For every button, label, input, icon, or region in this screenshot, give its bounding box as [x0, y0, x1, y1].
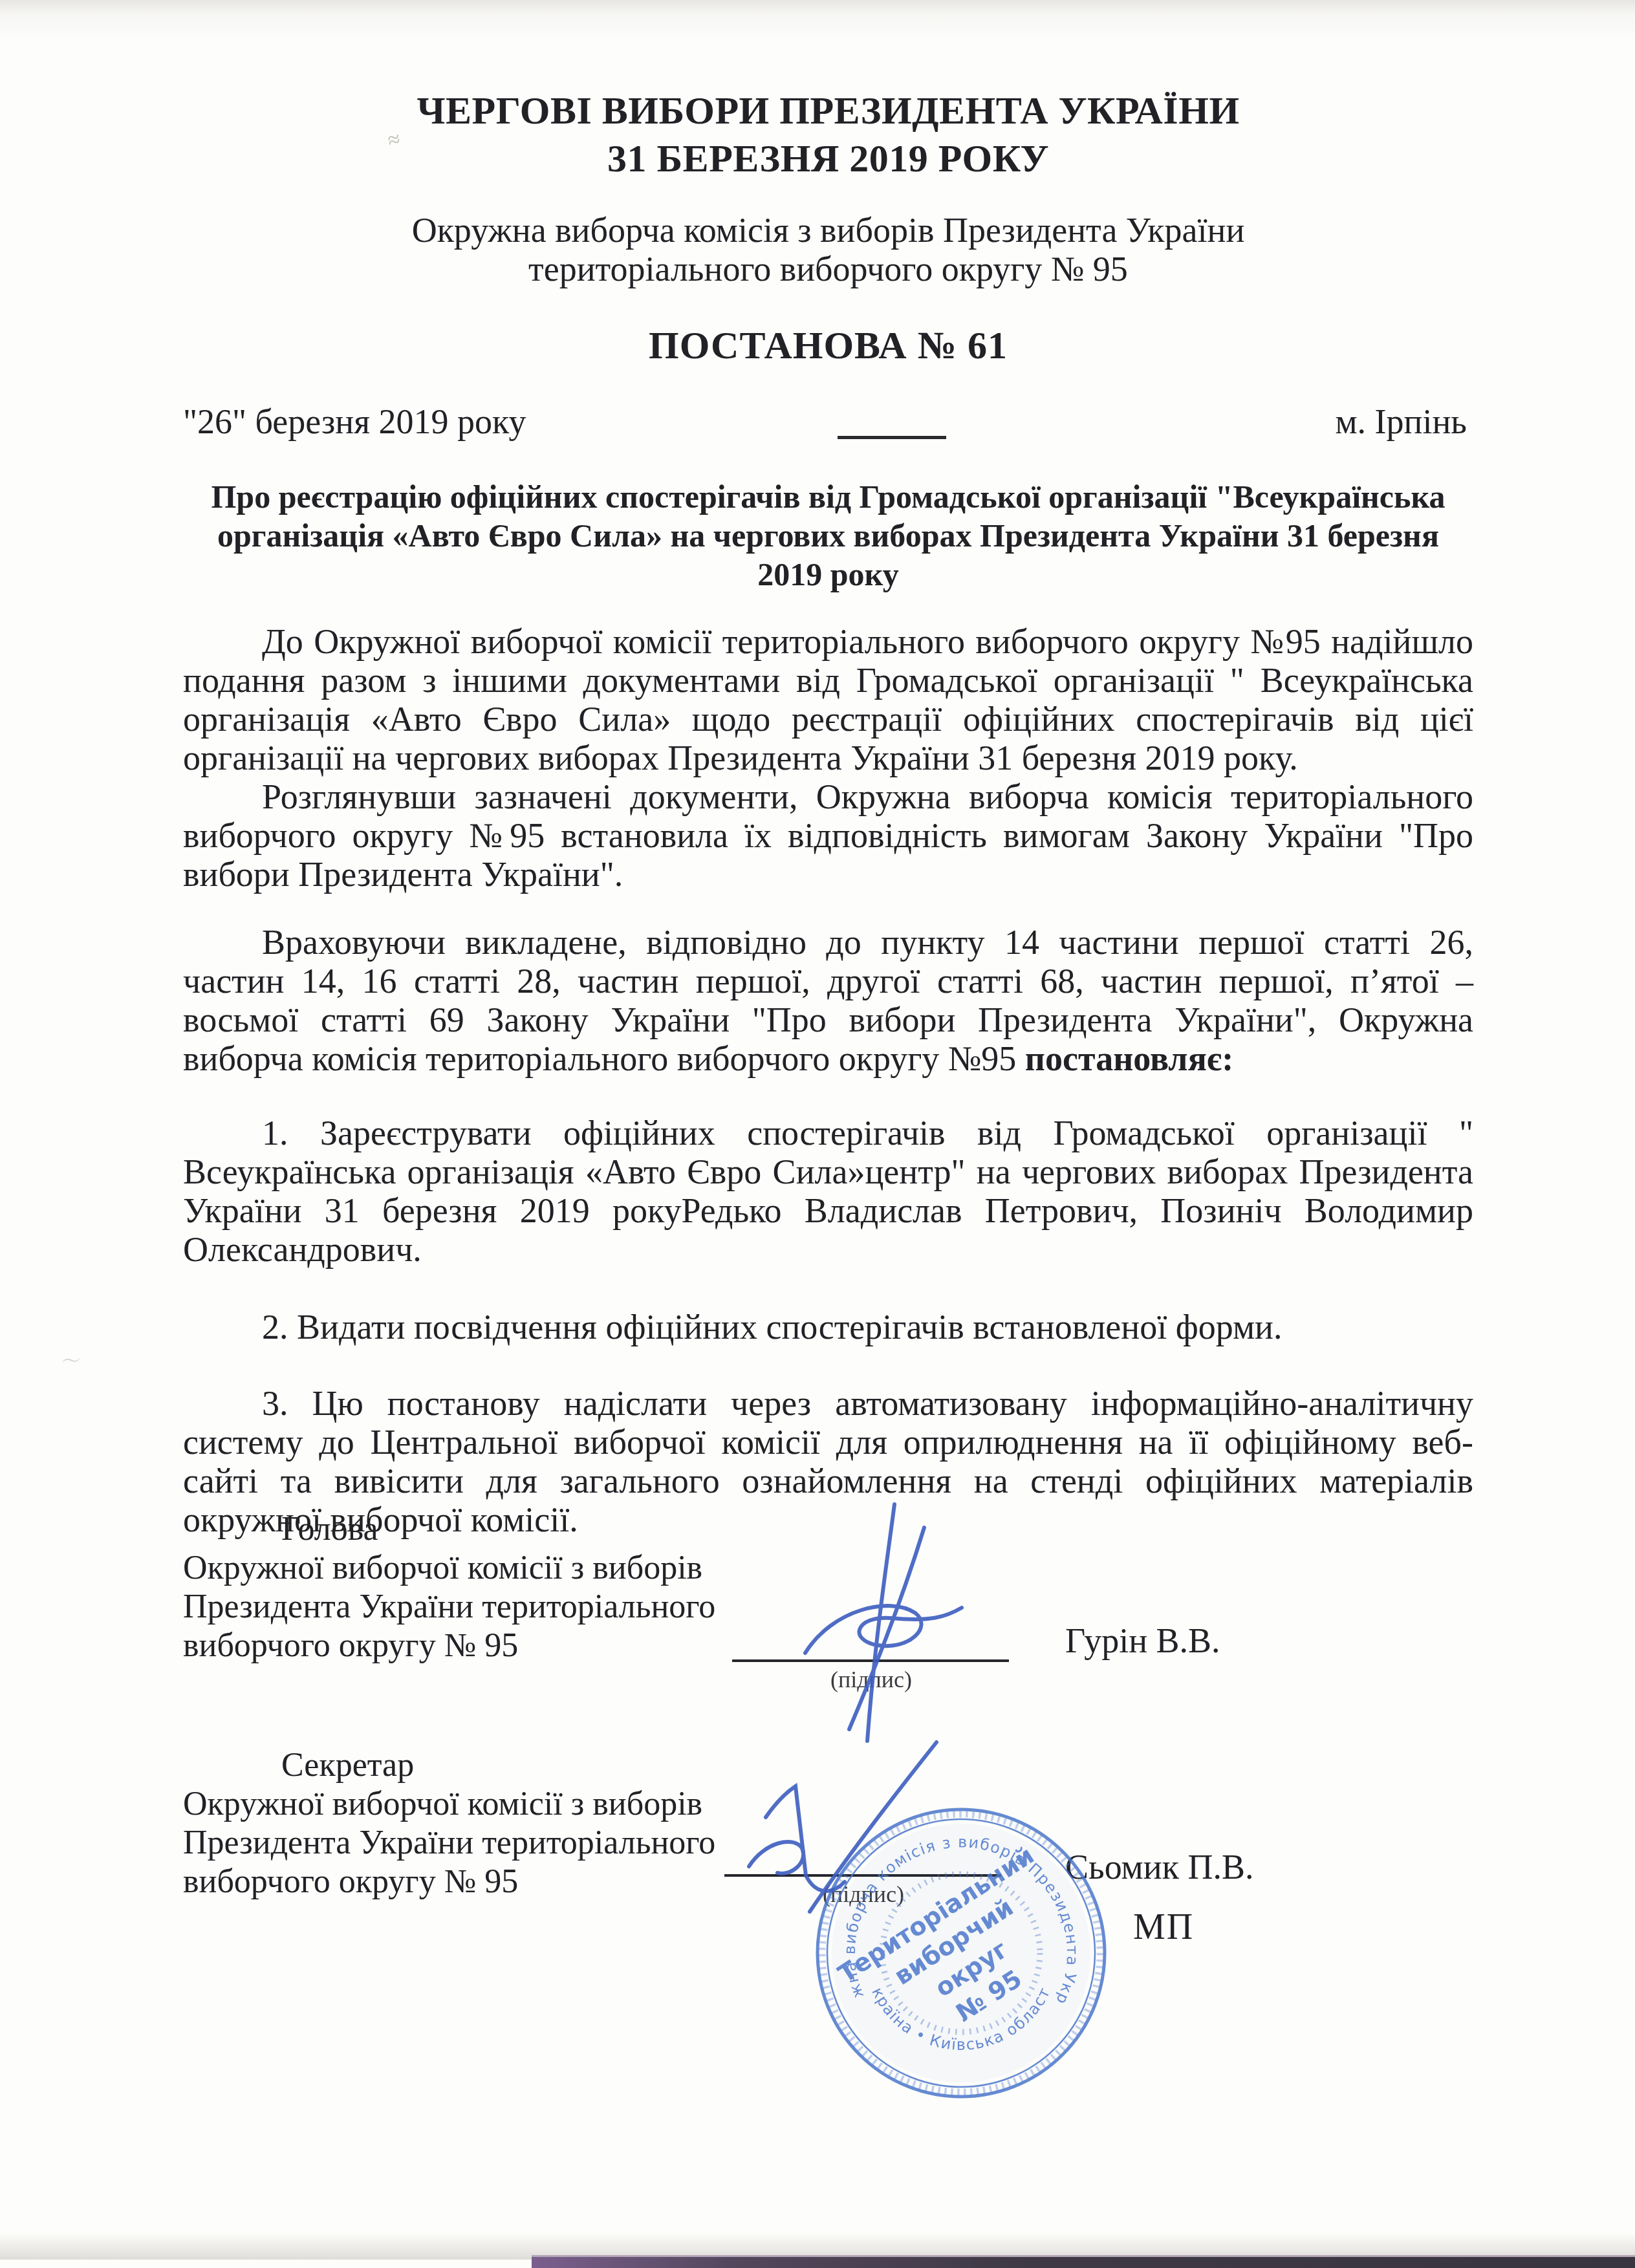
blank-underscore-line: [838, 436, 946, 439]
legal-basis-text: Враховуючи викладене, відповідно до пунк…: [183, 923, 1473, 1078]
mp-seal-label: МП: [1133, 1906, 1194, 1948]
date-place-line: "26" березня 2019 року м. Ірпінь: [183, 402, 1473, 441]
scan-black-bar-bottom: [532, 2257, 1635, 2268]
head-role-line3: Президента України територіального: [183, 1588, 804, 1626]
document-place: м. Ірпінь: [1335, 402, 1473, 441]
pencil-mark-left-margin: 〜: [60, 1345, 80, 1374]
paragraph-submission: До Окружної виборчої комісії територіаль…: [183, 622, 1473, 777]
resolution-subject: Про реєстрацію офіційних спостерігачів в…: [183, 477, 1473, 594]
election-title-line2: 31 БЕРЕЗНЯ 2019 РОКУ: [183, 135, 1473, 182]
head-role-block: Голова Окружної виборчої комісії з вибор…: [183, 1510, 804, 1665]
paragraph-legal-basis: Враховуючи викладене, відповідно до пунк…: [183, 923, 1473, 1078]
scan-smudge-bottom: [0, 2232, 1635, 2260]
scanned-document-page: ЧЕРГОВІ ВИБОРИ ПРЕЗИДЕНТА УКРАЇНИ 31 БЕР…: [0, 0, 1635, 2268]
head-handwritten-signature: [792, 1499, 973, 1748]
head-role-line2: Окружної виборчої комісії з виборів: [183, 1549, 804, 1588]
head-signature-name: Гурін В.В.: [1065, 1621, 1220, 1661]
scan-noise-top-edge: [0, 0, 1635, 45]
secretary-role-block: Секретар Окружної виборчої комісії з виб…: [183, 1746, 804, 1901]
resolution-item-2: 2. Видати посвідчення офіційних спостері…: [183, 1308, 1473, 1346]
resolution-number-title: ПОСТАНОВА № 61: [183, 321, 1473, 370]
secretary-role-line4: виборчого округу № 95: [183, 1863, 804, 1901]
secretary-handwritten-signature: [731, 1738, 977, 1926]
resolves-keyword: постановляє:: [1025, 1039, 1233, 1078]
commission-name-line2: територіального виборчого округу № 95: [183, 250, 1473, 288]
secretary-role-title: Секретар: [183, 1746, 804, 1785]
election-title-line1: ЧЕРГОВІ ВИБОРИ ПРЕЗИДЕНТА УКРАЇНИ: [183, 87, 1473, 135]
commission-name-block: Окружна виборча комісія з виборів Презид…: [183, 211, 1473, 288]
secretary-role-line3: Президента України територіального: [183, 1824, 804, 1863]
subject-line2: організація «Авто Євро Сила» на чергових…: [183, 516, 1473, 555]
head-role-line4: виборчого округу № 95: [183, 1626, 804, 1665]
subject-line1: Про реєстрацію офіційних спостерігачів в…: [183, 477, 1473, 516]
head-role-title: Голова: [183, 1510, 804, 1549]
resolution-item-1: 1. Зареєструвати офіційних спостерігачів…: [183, 1114, 1473, 1269]
commission-name-line1: Окружна виборча комісія з виборів Презид…: [183, 211, 1473, 250]
paragraph-review: Розглянувши зазначені документи, Окружна…: [183, 777, 1473, 894]
secretary-role-line2: Окружної виборчої комісії з виборів: [183, 1785, 804, 1824]
document-body: ЧЕРГОВІ ВИБОРИ ПРЕЗИДЕНТА УКРАЇНИ 31 БЕР…: [183, 87, 1473, 1539]
subject-line3: 2019 року: [183, 555, 1473, 594]
document-date: "26" березня 2019 року: [183, 402, 526, 441]
